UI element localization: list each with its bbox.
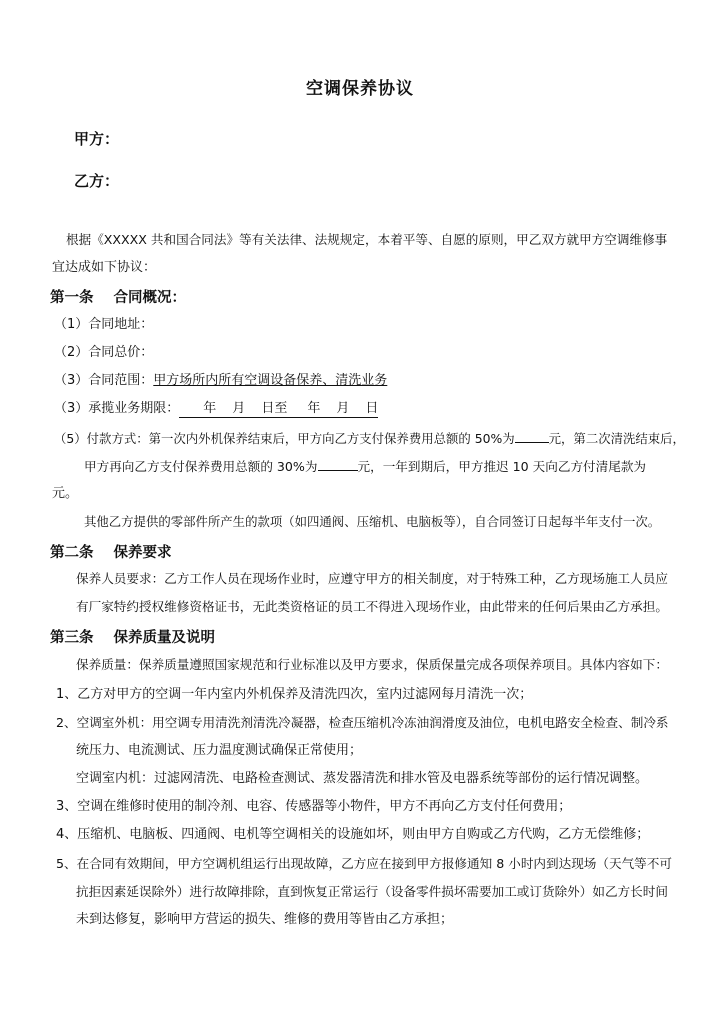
contract-term-label: （3）承揽业务期限：: [54, 401, 179, 416]
intro-line-1: 根据《XXXXX 共和国合同法》等有关法律、法规规定，本着平等、自愿的原则，甲乙…: [66, 232, 667, 248]
payment-line-1: （5）付款方式：第一次内外机保养结束后，甲方向乙方支付保养费用总额的 50%为元…: [54, 430, 685, 447]
article-3-number: 第三条: [50, 630, 94, 646]
contract-term: （3）承揽业务期限：年月日至年月日: [54, 401, 378, 418]
article-3-item-4: 4、压缩机、电脑板、四通阀、电机等空调相关的设施如坏，则由甲方自购或乙方代购，乙…: [56, 827, 649, 843]
article-2-number: 第二条: [50, 545, 94, 561]
second-payment-amount-blank[interactable]: [318, 458, 358, 471]
payment-line-2: 甲方再向乙方支付保养费用总额的 30%为元，一年到期后，甲方推迟 10 天向乙方…: [84, 458, 646, 475]
article-2-line-2: 有厂家特约授权维修资格证书，无此类资格证的员工不得进入现场作业，由此带来的任何后…: [76, 599, 668, 615]
article-3-title: 保养质量及说明: [114, 630, 216, 646]
article-1-heading: 第一条合同概况：: [50, 286, 186, 307]
article-3-heading: 第三条保养质量及说明: [50, 626, 215, 647]
article-1-title: 合同概况：: [114, 290, 187, 306]
contract-total-price: （2）合同总价：: [54, 345, 153, 361]
payment-line-3: 元。: [52, 486, 78, 502]
party-a-label: 甲方：: [74, 128, 119, 149]
article-3-item-3: 3、空调在维修时使用的制冷剂、电容、传感器等小物件，甲方不再向乙方支付任何费用；: [56, 799, 571, 815]
quality-statement: 保养质量：保养质量遵照国家规范和行业标准以及甲方要求，保质保量完成各项保养项目。…: [76, 657, 668, 673]
article-3-item-1: 1、乙方对甲方的空调一年内室内外机保养及清洗四次，室内过滤网每月清洗一次；: [56, 687, 532, 703]
term-start-date-field[interactable]: 年月日至: [179, 401, 287, 418]
article-3-item-2-line-2: 统压力、电流测试、压力温度测试确保正常使用；: [76, 743, 362, 759]
article-3-item-2-indoor: 空调室内机：过滤网清洗、电路检查测试、蒸发器清洗和排水管及电器系统等部份的运行情…: [76, 771, 648, 787]
contract-scope-label: （3）合同范围：: [54, 373, 153, 388]
article-3-item-5-line-2: 抗拒因素延误除外）进行故障排除，直到恢复正常运行（设备零件损坏需要加工或订货除外…: [76, 884, 668, 900]
intro-line-2: 宜达成如下协议：: [52, 260, 156, 276]
article-2-title: 保养要求: [114, 545, 172, 561]
article-3-item-2-line-1: 2、空调室外机：用空调专用清洗剂清洗冷凝器，检查压缩机冷冻油润滑度及油位，电机电…: [56, 715, 669, 731]
contract-address: （1）合同地址：: [54, 317, 153, 333]
article-3-item-5-line-1: 5、在合同有效期间，甲方空调机组运行出现故障，乙方应在接到甲方报修通知 8 小时…: [56, 856, 672, 872]
term-end-date-field[interactable]: 年月日: [287, 401, 378, 418]
party-b-label: 乙方：: [74, 170, 119, 191]
article-3-item-5-line-3: 未到达修复，影响甲方营运的损失、维修的费用等皆由乙方承担；: [76, 912, 453, 928]
article-2-line-1: 保养人员要求：乙方工作人员在现场作业时，应遵守甲方的相关制度，对于特殊工种，乙方…: [76, 571, 668, 587]
article-2-heading: 第二条保养要求: [50, 541, 172, 562]
first-payment-amount-blank[interactable]: [515, 430, 549, 443]
contract-scope-value: 甲方场所内所有空调设备保养、清洗业务: [153, 373, 387, 388]
article-1-number: 第一条: [50, 290, 94, 306]
other-payment: 其他乙方提供的零部件所产生的款项（如四通阀、压缩机、电脑板等），自合同签订日起每…: [84, 514, 660, 530]
document-title: 空调保养协议: [0, 74, 720, 99]
contract-scope: （3）合同范围：甲方场所内所有空调设备保养、清洗业务: [54, 373, 387, 389]
